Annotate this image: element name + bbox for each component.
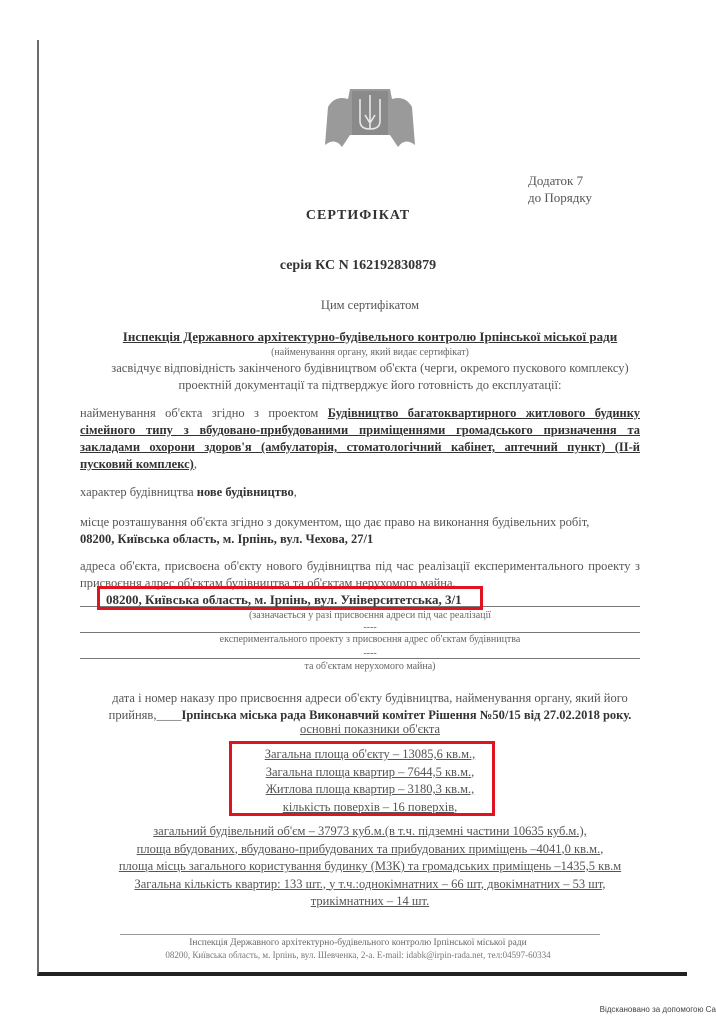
address-note-1: (зазначається у разі присвоєння адреси п…	[60, 610, 680, 621]
issuer-note: (найменування органу, який видає сертифі…	[60, 347, 680, 358]
footer-divider	[120, 934, 600, 935]
construction-type-value: нове будівництво	[197, 485, 294, 499]
indicator-total-area: Загальна площа об'єкту – 13085,6 кв.м.,	[60, 746, 680, 764]
indicator-apartments-area: Загальна площа квартир – 7644,5 кв.м.,	[60, 764, 680, 782]
scan-watermark: Відскановано за допомогою Са	[600, 1005, 716, 1014]
indicator-apartment-count: Загальна кількість квартир: 133 шт., у т…	[60, 876, 680, 894]
construction-type-paragraph: характер будівництва нове будівництво,	[80, 484, 640, 501]
coat-of-arms-icon	[320, 85, 420, 150]
object-name-paragraph: найменування об'єкта згідно з проектом Б…	[80, 405, 640, 473]
issuer-name: Інспекція Державного архітектурно-будіве…	[60, 329, 680, 345]
location-paragraph: місце розташування об'єкта згідно з доку…	[80, 514, 640, 548]
document-title: СЕРТИФІКАТ	[0, 208, 716, 224]
indicator-builtin-area: площа вбудованих, вбудовано-прибудованих…	[60, 841, 680, 859]
indicator-common-area: площа місць загального користування буди…	[60, 858, 680, 876]
intro-text: Цим сертифікатом	[60, 298, 680, 313]
order-paragraph: дата і номер наказу про присвоєння адрес…	[60, 690, 680, 724]
address-note-2: експериментального проекту з присвоєння …	[60, 634, 680, 645]
rule-line	[80, 658, 640, 659]
order-value: Ірпінська міська рада Виконавчий комітет…	[181, 708, 631, 722]
footer-organization: Інспекція Державного архітектурно-будіве…	[0, 938, 716, 948]
indicators-heading: основні показники об'єкта	[60, 722, 680, 737]
footer-contacts: 08200, Київська область, м. Ірпінь, вул.…	[0, 950, 716, 960]
address-highlight-box	[97, 586, 483, 610]
other-indicators: загальний будівельний об'єм – 37973 куб.…	[60, 823, 680, 911]
rule-line	[80, 632, 640, 633]
highlighted-indicators: Загальна площа об'єкту – 13085,6 кв.м., …	[60, 746, 680, 816]
address-note-3: та об'єктам нерухомого майна)	[60, 661, 680, 672]
indicator-volume: загальний будівельний об'єм – 37973 куб.…	[60, 823, 680, 841]
indicator-three-room: трикімнатних – 14 шт.	[60, 893, 680, 911]
location-value: 08200, Київська область, м. Ірпінь, вул.…	[80, 532, 373, 546]
indicator-floors: кількість поверхів – 16 поверхів,	[60, 799, 680, 817]
certifies-text: засвідчує відповідність закінченого буді…	[60, 360, 680, 394]
annex-reference: Додаток 7 до Порядку	[528, 172, 592, 206]
certificate-series: серія КС N 162192830879	[0, 258, 716, 274]
indicator-living-area: Житлова площа квартир – 3180,3 кв.м.,	[60, 781, 680, 799]
